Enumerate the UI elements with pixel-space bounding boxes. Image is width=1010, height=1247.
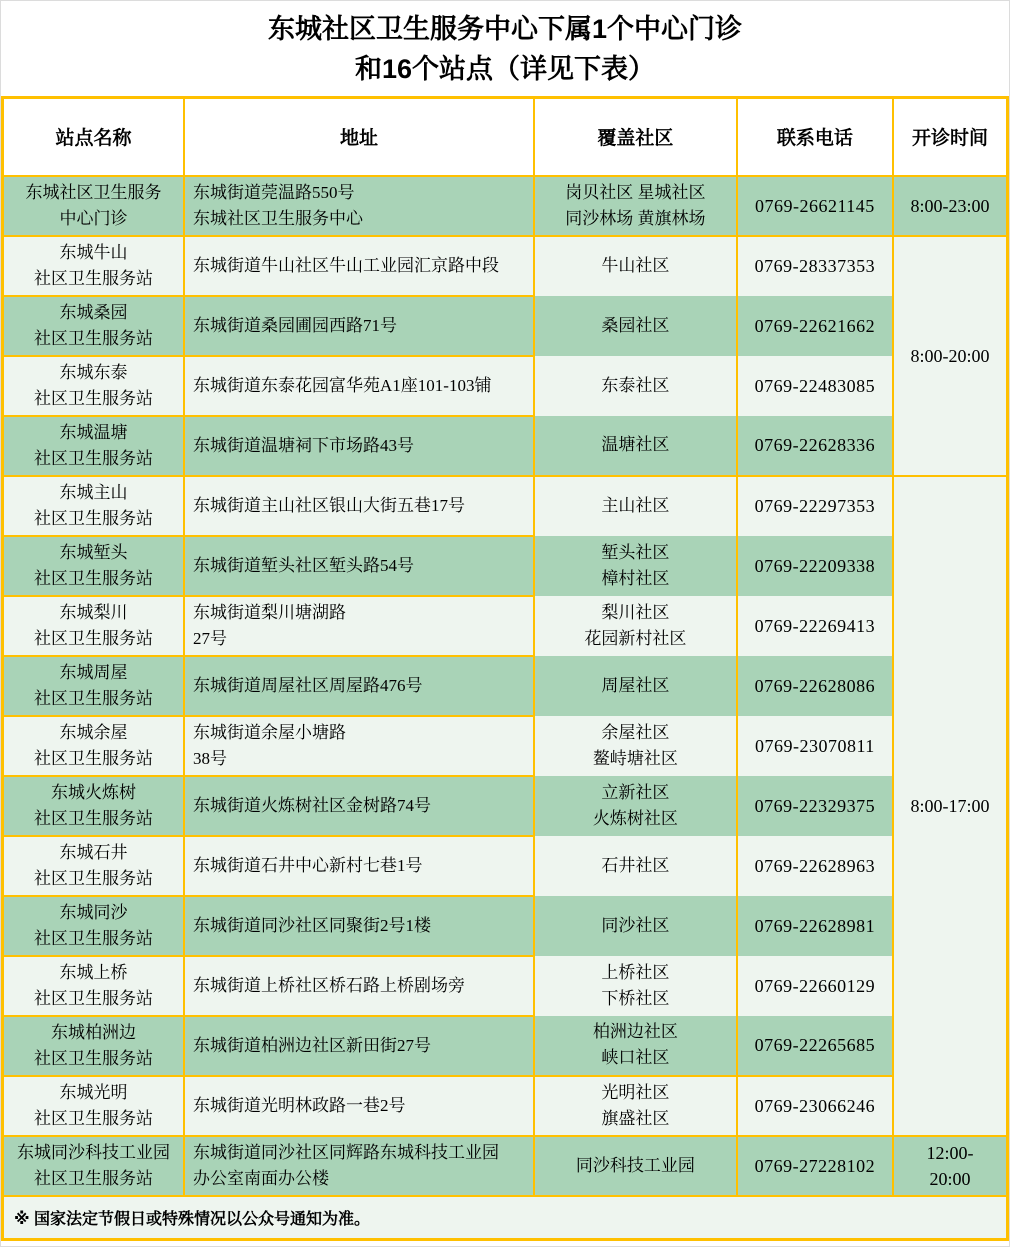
phone-cell: 0769-28337353 [737, 236, 893, 296]
station-name-cell: 东城桑园 社区卫生服务站 [3, 296, 185, 356]
station-name-cell: 东城余屋 社区卫生服务站 [3, 716, 185, 776]
address-cell: 东城街道火炼树社区金树路74号 [184, 776, 534, 836]
phone-cell: 0769-22209338 [737, 536, 893, 596]
phone-cell: 0769-23066246 [737, 1076, 893, 1136]
communities-cell: 梨川社区 花园新村社区 [534, 596, 737, 656]
phone-cell: 0769-22329375 [737, 776, 893, 836]
station-name-cell: 东城东泰 社区卫生服务站 [3, 356, 185, 416]
column-header-phone: 联系电话 [737, 98, 893, 176]
table-row: 东城东泰 社区卫生服务站东城街道东泰花园富华苑A1座101-103铺东泰社区07… [3, 356, 1008, 416]
health-stations-table: 站点名称 地址 覆盖社区 联系电话 开诊时间 东城社区卫生服务 中心门诊东城街道… [1, 96, 1009, 1241]
address-cell: 东城街道桑园圃园西路71号 [184, 296, 534, 356]
table-row: 东城石井 社区卫生服务站东城街道石井中心新村七巷1号石井社区0769-22628… [3, 836, 1008, 896]
station-name-cell: 东城上桥 社区卫生服务站 [3, 956, 185, 1016]
station-name-cell: 东城火炼树 社区卫生服务站 [3, 776, 185, 836]
table-row: 东城牛山 社区卫生服务站东城街道牛山社区牛山工业园汇京路中段牛山社区0769-2… [3, 236, 1008, 296]
table-row: 东城周屋 社区卫生服务站东城街道周屋社区周屋路476号周屋社区0769-2262… [3, 656, 1008, 716]
table-row: 东城温塘 社区卫生服务站东城街道温塘祠下市场路43号温塘社区0769-22628… [3, 416, 1008, 476]
communities-cell: 桑园社区 [534, 296, 737, 356]
phone-cell: 0769-22628963 [737, 836, 893, 896]
phone-cell: 0769-23070811 [737, 716, 893, 776]
address-cell: 东城街道同沙社区同辉路东城科技工业园 办公室南面办公楼 [184, 1136, 534, 1196]
column-header-communities: 覆盖社区 [534, 98, 737, 176]
communities-cell: 柏洲边社区 峡口社区 [534, 1016, 737, 1076]
communities-cell: 主山社区 [534, 476, 737, 536]
page-title: 东城社区卫生服务中心下属1个中心门诊 和16个站点（详见下表） [1, 1, 1009, 96]
station-name-cell: 东城主山 社区卫生服务站 [3, 476, 185, 536]
hours-cell: 12:00- 20:00 [893, 1136, 1007, 1196]
address-cell: 东城街道牛山社区牛山工业园汇京路中段 [184, 236, 534, 296]
phone-cell: 0769-22265685 [737, 1016, 893, 1076]
address-cell: 东城街道周屋社区周屋路476号 [184, 656, 534, 716]
table-row: 东城光明 社区卫生服务站东城街道光明林政路一巷2号光明社区 旗盛社区0769-2… [3, 1076, 1008, 1136]
address-cell: 东城街道柏洲边社区新田街27号 [184, 1016, 534, 1076]
address-cell: 东城街道石井中心新村七巷1号 [184, 836, 534, 896]
communities-cell: 余屋社区 鳌峙塘社区 [534, 716, 737, 776]
phone-cell: 0769-22660129 [737, 956, 893, 1016]
footnote-row: ※ 国家法定节假日或特殊情况以公众号通知为准。 [3, 1196, 1008, 1240]
communities-cell: 温塘社区 [534, 416, 737, 476]
station-name-cell: 东城堑头 社区卫生服务站 [3, 536, 185, 596]
station-name-cell: 东城同沙 社区卫生服务站 [3, 896, 185, 956]
column-header-station-name: 站点名称 [3, 98, 185, 176]
communities-cell: 同沙科技工业园 [534, 1136, 737, 1196]
communities-cell: 光明社区 旗盛社区 [534, 1076, 737, 1136]
station-name-cell: 东城社区卫生服务 中心门诊 [3, 176, 185, 236]
page: 东城社区卫生服务中心下属1个中心门诊 和16个站点（详见下表） 站点名称 地址 … [0, 0, 1010, 1247]
header-row: 站点名称 地址 覆盖社区 联系电话 开诊时间 [3, 98, 1008, 176]
communities-cell: 牛山社区 [534, 236, 737, 296]
communities-cell: 东泰社区 [534, 356, 737, 416]
phone-cell: 0769-22628981 [737, 896, 893, 956]
communities-cell: 上桥社区 下桥社区 [534, 956, 737, 1016]
communities-cell: 石井社区 [534, 836, 737, 896]
hours-cell: 8:00-20:00 [893, 236, 1007, 476]
table-row: 东城社区卫生服务 中心门诊东城街道莞温路550号 东城社区卫生服务中心岗贝社区 … [3, 176, 1008, 236]
address-cell: 东城街道同沙社区同聚街2号1楼 [184, 896, 534, 956]
page-title-line1: 东城社区卫生服务中心下属1个中心门诊 [268, 9, 742, 49]
phone-cell: 0769-22483085 [737, 356, 893, 416]
station-name-cell: 东城梨川 社区卫生服务站 [3, 596, 185, 656]
column-header-hours: 开诊时间 [893, 98, 1007, 176]
address-cell: 东城街道主山社区银山大街五巷17号 [184, 476, 534, 536]
table-row: 东城火炼树 社区卫生服务站东城街道火炼树社区金树路74号立新社区 火炼树社区07… [3, 776, 1008, 836]
station-name-cell: 东城柏洲边 社区卫生服务站 [3, 1016, 185, 1076]
station-name-cell: 东城同沙科技工业园 社区卫生服务站 [3, 1136, 185, 1196]
address-cell: 东城街道上桥社区桥石路上桥剧场旁 [184, 956, 534, 1016]
address-cell: 东城街道余屋小塘路 38号 [184, 716, 534, 776]
hours-cell: 8:00-17:00 [893, 476, 1007, 1136]
station-name-cell: 东城温塘 社区卫生服务站 [3, 416, 185, 476]
address-cell: 东城街道堑头社区堑头路54号 [184, 536, 534, 596]
station-name-cell: 东城周屋 社区卫生服务站 [3, 656, 185, 716]
communities-cell: 同沙社区 [534, 896, 737, 956]
table-footer: ※ 国家法定节假日或特殊情况以公众号通知为准。 [3, 1196, 1008, 1240]
table-row: 东城余屋 社区卫生服务站东城街道余屋小塘路 38号余屋社区 鳌峙塘社区0769-… [3, 716, 1008, 776]
phone-cell: 0769-22628336 [737, 416, 893, 476]
table-row: 东城堑头 社区卫生服务站东城街道堑头社区堑头路54号堑头社区 樟村社区0769-… [3, 536, 1008, 596]
footnote: ※ 国家法定节假日或特殊情况以公众号通知为准。 [3, 1196, 1008, 1240]
station-name-cell: 东城光明 社区卫生服务站 [3, 1076, 185, 1136]
communities-cell: 立新社区 火炼树社区 [534, 776, 737, 836]
phone-cell: 0769-22628086 [737, 656, 893, 716]
station-name-cell: 东城牛山 社区卫生服务站 [3, 236, 185, 296]
table-row: 东城同沙 社区卫生服务站东城街道同沙社区同聚街2号1楼同沙社区0769-2262… [3, 896, 1008, 956]
station-name-cell: 东城石井 社区卫生服务站 [3, 836, 185, 896]
page-title-line2: 和16个站点（详见下表） [355, 49, 655, 89]
communities-cell: 岗贝社区 星城社区 同沙林场 黄旗林场 [534, 176, 737, 236]
phone-cell: 0769-26621145 [737, 176, 893, 236]
table-body: 东城社区卫生服务 中心门诊东城街道莞温路550号 东城社区卫生服务中心岗贝社区 … [3, 176, 1008, 1196]
communities-cell: 堑头社区 樟村社区 [534, 536, 737, 596]
address-cell: 东城街道温塘祠下市场路43号 [184, 416, 534, 476]
table-row: 东城主山 社区卫生服务站东城街道主山社区银山大街五巷17号主山社区0769-22… [3, 476, 1008, 536]
table-row: 东城上桥 社区卫生服务站东城街道上桥社区桥石路上桥剧场旁上桥社区 下桥社区076… [3, 956, 1008, 1016]
table-row: 东城柏洲边 社区卫生服务站东城街道柏洲边社区新田街27号柏洲边社区 峡口社区07… [3, 1016, 1008, 1076]
table-header: 站点名称 地址 覆盖社区 联系电话 开诊时间 [3, 98, 1008, 176]
address-cell: 东城街道光明林政路一巷2号 [184, 1076, 534, 1136]
phone-cell: 0769-22297353 [737, 476, 893, 536]
phone-cell: 0769-22621662 [737, 296, 893, 356]
address-cell: 东城街道梨川塘湖路 27号 [184, 596, 534, 656]
address-cell: 东城街道东泰花园富华苑A1座101-103铺 [184, 356, 534, 416]
address-cell: 东城街道莞温路550号 东城社区卫生服务中心 [184, 176, 534, 236]
communities-cell: 周屋社区 [534, 656, 737, 716]
phone-cell: 0769-22269413 [737, 596, 893, 656]
column-header-address: 地址 [184, 98, 534, 176]
table-row: 东城桑园 社区卫生服务站东城街道桑园圃园西路71号桑园社区0769-226216… [3, 296, 1008, 356]
phone-cell: 0769-27228102 [737, 1136, 893, 1196]
hours-cell: 8:00-23:00 [893, 176, 1007, 236]
table-row: 东城梨川 社区卫生服务站东城街道梨川塘湖路 27号梨川社区 花园新村社区0769… [3, 596, 1008, 656]
table-row: 东城同沙科技工业园 社区卫生服务站东城街道同沙社区同辉路东城科技工业园 办公室南… [3, 1136, 1008, 1196]
